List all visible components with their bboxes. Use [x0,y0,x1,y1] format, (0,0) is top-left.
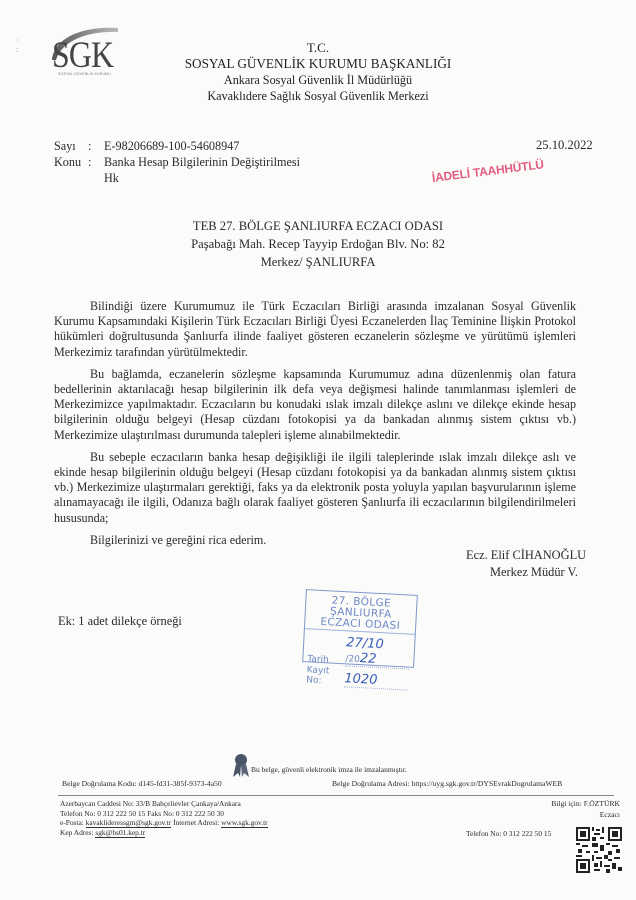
verification-address-label: Belge Doğrulama Adresi: [332,779,410,788]
contact-person: Bilgi için: F.ÖZTÜRK Eczacı [500,798,620,820]
letterhead: T.C. SOSYAL GÜVENLİK KURUMU BAŞKANLIĞI A… [150,40,486,104]
colon: : [88,154,104,170]
letter-body: Bilindiği üzere Kurumumuz ile Türk Eczac… [54,299,576,555]
stamp-record-value: 1020 [344,671,409,690]
paragraph: Bu sebeple eczacıların banka hesap değiş… [54,450,576,526]
verification-address-link[interactable]: https://uyg.sgk.gov.tr/DYSEvrakDogrulama… [412,779,563,788]
header-line-1: T.C. [150,40,486,56]
stamp-date-label: Tarih [307,654,345,666]
qr-code-icon[interactable] [576,827,622,873]
phone-fax: Telefon No: 0 312 222 50 15 Faks No: 0 3… [60,809,268,819]
sayi-value: E-98206689-100-54608947 [104,138,239,154]
registered-mail-stamp: İADELİ TAAHHÜTLÜ [431,157,544,185]
e-signature-ribbon-icon [232,752,250,778]
paragraph: Bu bağlamda, eczanelerin sözleşme kapsam… [54,367,576,443]
sayi-label: Sayı [54,138,88,154]
logo-subtitle: SOSYAL GÜVENLİK KURUMU [58,72,111,76]
closing-paragraph: Bilgilerinizi ve gereğini rica ederim. [54,533,576,548]
stamp-record-label: Kayıt No: [306,665,345,687]
logo-text: SGK [52,34,113,77]
recipient-address: Paşabağı Mah. Recep Tayyip Erdoğan Blv. … [150,235,486,253]
verification-code-value: d145-fd31-385f-9373-4a50 [139,779,222,788]
verification-code-label: Belge Doğrulama Kodu: [62,779,137,788]
attachment-note: Ek: 1 adet dilekçe örneği [58,614,182,629]
recipient-name: TEB 27. BÖLGE ŞANLIURFA ECZACI ODASI [150,217,486,235]
office-address: Azerbaycan Caddesi No: 33/B Bahçelievler… [60,799,268,809]
konu-value: Banka Hesap Bilgilerinin Değiştirilmesi [104,154,300,170]
header-line-4: Kavaklıdere Sağlık Sosyal Güvenlik Merke… [150,88,486,104]
signer-title: Merkez Müdür V. [466,564,586,581]
stamp-year-handwritten: 22 [360,651,377,667]
paragraph: Bilindiği üzere Kurumumuz ile Türk Eczac… [54,299,576,360]
email-link[interactable]: kavaklideressgm@sgk.gov.tr [86,818,172,828]
document-meta: Sayı : E-98206689-100-54608947 Konu : Ba… [54,138,300,186]
document-date: 25.10.2022 [536,138,593,153]
web-label: İnternet Adresi: [173,818,219,827]
scan-mark: ·: [16,36,19,54]
email-label: e-Posta: [60,818,84,827]
stamp-year-prefix: /20 [345,654,360,665]
recipient-city: Merkez/ ŞANLIURFA [150,253,486,271]
konu-value-cont: Hk [104,170,119,186]
colon: : [88,138,104,154]
verification-address: Belge Doğrulama Adresi: https://uyg.sgk.… [332,779,562,788]
footer-divider [58,795,614,796]
verification-code: Belge Doğrulama Kodu: d145-fd31-385f-937… [62,779,222,788]
contact-phone: Telefon No: 0 312 222 50 15 [466,829,551,838]
recipient-block: TEB 27. BÖLGE ŞANLIURFA ECZACI ODASI Paş… [150,217,486,271]
konu-label: Konu [54,154,88,170]
sgk-logo: SGK SOSYAL GÜVENLİK KURUMU [46,22,116,84]
stamp-date-handwritten: 27/10 [346,635,384,652]
signer-name: Ecz. Elif CİHANOĞLU [466,547,586,564]
header-line-3: Ankara Sosyal Güvenlik İl Müdürlüğü [150,72,486,88]
header-line-2: SOSYAL GÜVENLİK KURUMU BAŞKANLIĞI [150,56,486,72]
kep-link[interactable]: sgk@hs01.kep.tr [95,828,145,838]
web-link[interactable]: www.sgk.gov.tr [221,818,267,828]
e-signature-note: Bu belge, güvenli elektronik imza ile im… [251,765,407,774]
contact-block: Azerbaycan Caddesi No: 33/B Bahçelievler… [60,799,268,837]
signature-block: Ecz. Elif CİHANOĞLU Merkez Müdür V. [466,547,586,581]
contact-person-title: Eczacı [500,809,620,820]
received-stamp: 27. BÖLGE ŞANLIURFA ECZACI ODASI Tarih 2… [302,589,418,668]
kep-label: Kep Adres: [60,828,93,837]
stamp-date-value: 27/10 /2022 [345,635,411,669]
contact-person-name: Bilgi için: F.ÖZTÜRK [500,798,620,809]
